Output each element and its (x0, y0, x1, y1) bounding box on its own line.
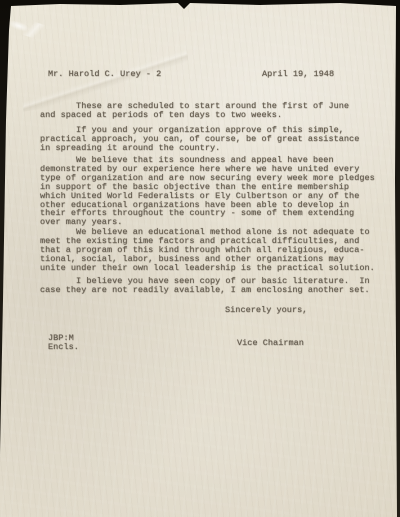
letter-paragraph: These are scheduled to start around the … (40, 102, 349, 120)
signature-title: Vice Chairman (237, 339, 304, 348)
recipient-line: Mr. Harold C. Urey - 2 (48, 70, 161, 79)
letter-page: Mr. Harold C. Urey - 2 April 19, 1948 Th… (0, 0, 400, 517)
letter-paragraph: We believe an educational method alone i… (40, 228, 375, 273)
paper-crease (7, 14, 61, 45)
date-line: April 19, 1948 (262, 70, 334, 79)
scan-background: Mr. Harold C. Urey - 2 April 19, 1948 Th… (0, 0, 400, 517)
letter-paragraph: If you and your organization approve of … (40, 126, 359, 153)
closing-salutation: Sincerely yours, (225, 306, 307, 315)
letter-paragraph: I believe you have seen copy of our basi… (40, 277, 370, 295)
letter-paragraph: We believe that its soundness and appeal… (40, 156, 375, 227)
reference-initials: JBP:M Encls. (48, 334, 79, 352)
